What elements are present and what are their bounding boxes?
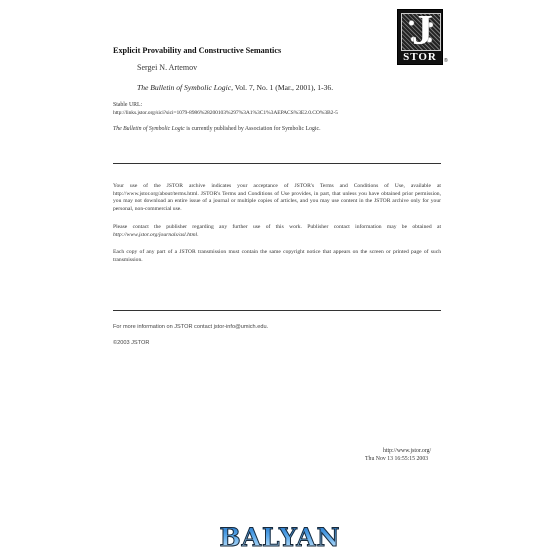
citation-details: , Vol. 7, No. 1 (Mar., 2001), 1-36. <box>231 83 333 92</box>
publisher-statement: The Bulletin of Symbolic Logic is curren… <box>113 126 321 132</box>
footer-timestamp: Thu Nov 13 16:55:15 2003 <box>365 456 428 462</box>
registered-mark: ® <box>444 58 448 64</box>
publisher-text: is currently published by Association fo… <box>185 126 321 132</box>
journal-name: The Bulletin of Symbolic Logic <box>137 83 231 92</box>
publisher-journal-name: The Bulletin of Symbolic Logic <box>113 126 185 132</box>
watermark-text: BALYAN <box>0 523 560 552</box>
article-title: Explicit Provability and Constructive Se… <box>113 46 281 55</box>
document-page: J STOR ® Explicit Provability and Constr… <box>0 0 560 560</box>
terms-p2-text: Please contact the publisher regarding a… <box>113 224 441 230</box>
contact-info: For more information on JSTOR contact js… <box>113 324 268 330</box>
terms-paragraph-2: Please contact the publisher regarding a… <box>113 224 441 239</box>
logo-text: STOR <box>398 51 442 63</box>
footer-host-url: http://www.jstor.org/ <box>383 448 431 454</box>
stable-url-link[interactable]: http://links.jstor.org/sici?sici=1079-89… <box>113 110 338 116</box>
stable-url-label: Stable URL: <box>113 102 142 108</box>
terms-paragraph-3: Each copy of any part of a JSTOR transmi… <box>113 249 441 264</box>
copyright-notice: ©2003 JSTOR <box>113 340 149 346</box>
terms-p2-end: . <box>197 232 198 238</box>
article-citation: The Bulletin of Symbolic Logic, Vol. 7, … <box>137 83 333 92</box>
logo-letter: J <box>412 11 430 51</box>
publisher-contact-link[interactable]: http://www.jstor.org/journals/asl.html <box>113 232 197 238</box>
jstor-logo-icon: J STOR <box>397 9 443 65</box>
divider-bottom <box>113 310 441 311</box>
divider-top <box>113 163 441 164</box>
terms-paragraph-1: Your use of the JSTOR archive indicates … <box>113 183 441 213</box>
article-author: Sergei N. Artemov <box>137 63 197 72</box>
